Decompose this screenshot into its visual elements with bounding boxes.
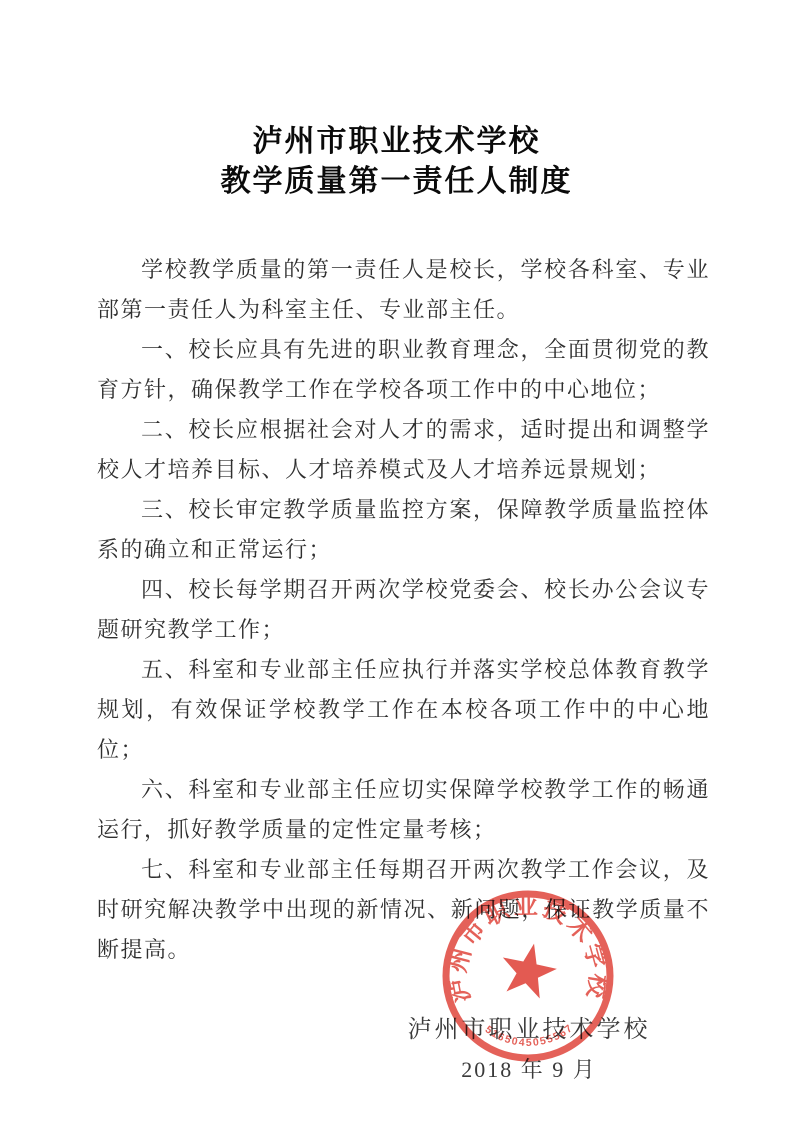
paragraph-intro: 学校教学质量的第一责任人是校长，学校各科室、专业部第一责任人为科室主任、专业部主… (97, 250, 710, 330)
paragraph-item-3: 三、校长审定教学质量监控方案，保障教学质量监控体系的确立和正常运行； (97, 490, 710, 570)
paragraph-item-4: 四、校长每学期召开两次学校党委会、校长办公会议专题研究教学工作； (97, 570, 710, 650)
document-title: 泸州市职业技术学校 教学质量第一责任人制度 (0, 0, 793, 202)
signature-organization: 泸州市职业技术学校 (378, 1010, 680, 1050)
paragraph-item-5: 五、科室和专业部主任应执行并落实学校总体教育教学规划，有效保证学校教学工作在本校… (97, 650, 710, 770)
paragraph-item-7: 七、科室和专业部主任每期召开两次教学工作会议，及时研究解决教学中出现的新情况、新… (97, 850, 710, 970)
document-body: 学校教学质量的第一责任人是校长，学校各科室、专业部第一责任人为科室主任、专业部主… (0, 250, 793, 970)
paragraph-item-6: 六、科室和专业部主任应切实保障学校教学工作的畅通运行，抓好教学质量的定性定量考核… (97, 770, 710, 850)
signature-date: 2018 年 9 月 (378, 1050, 680, 1090)
title-line-1: 泸州市职业技术学校 (0, 122, 793, 162)
signature-block: 泸州市职业技术学校 2018 年 9 月 (378, 1010, 680, 1090)
paragraph-item-1: 一、校长应具有先进的职业教育理念，全面贯彻党的教育方针，确保教学工作在学校各项工… (97, 330, 710, 410)
title-line-2: 教学质量第一责任人制度 (0, 162, 793, 202)
document-page: 泸州市职业技术学校 教学质量第一责任人制度 学校教学质量的第一责任人是校长，学校… (0, 0, 793, 1122)
paragraph-item-2: 二、校长应根据社会对人才的需求，适时提出和调整学校人才培养目标、人才培养模式及人… (97, 410, 710, 490)
